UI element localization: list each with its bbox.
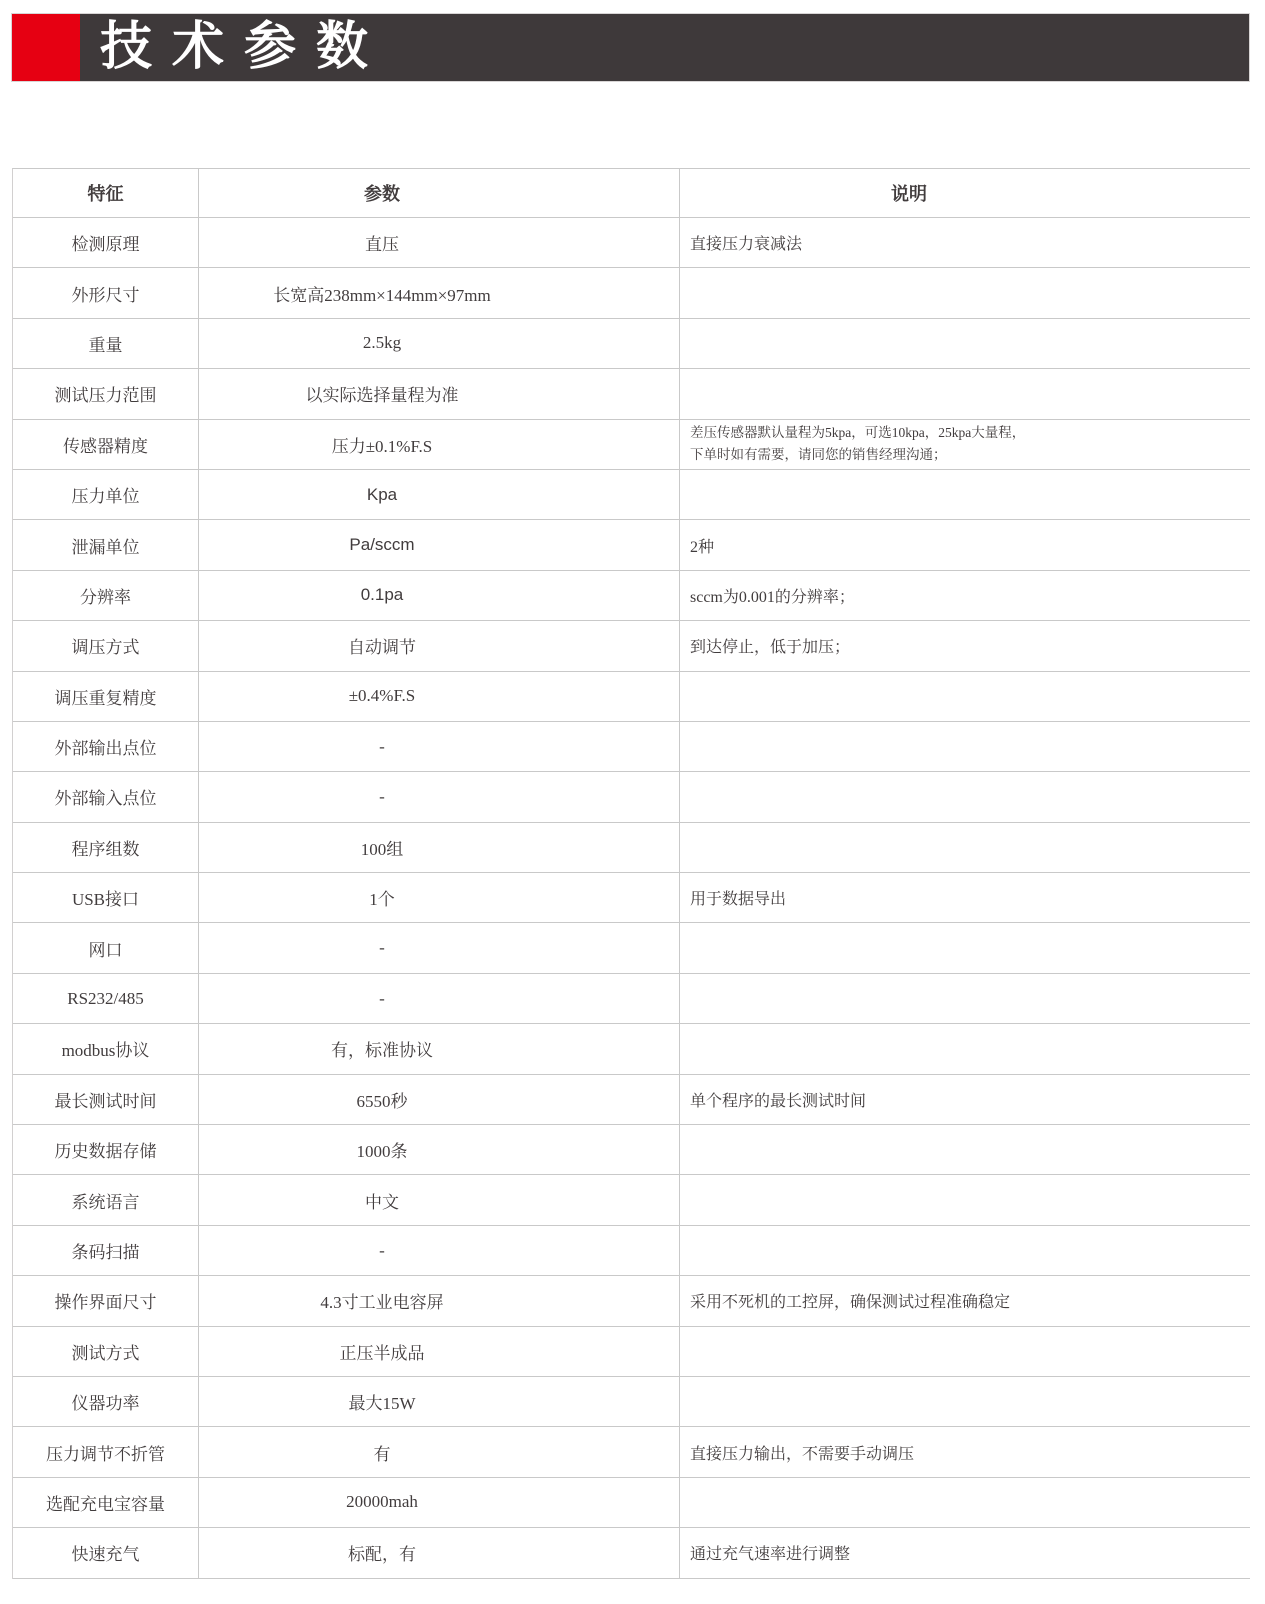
param-cell: 标配，有 xyxy=(198,1528,679,1577)
feature-cell: 泄漏单位 xyxy=(13,520,198,569)
table-row: 测试压力范围以实际选择量程为准 xyxy=(13,369,1250,419)
param-cell: 6550秒 xyxy=(198,1075,679,1124)
desc-cell: 采用不死机的工控屏，确保测试过程准确稳定 xyxy=(679,1276,1250,1325)
spec-table: 特征 参数 说明 检测原理直压直接压力衰减法外形尺寸长宽高238mm×144mm… xyxy=(12,168,1250,1579)
table-row: RS232/485- xyxy=(13,974,1250,1024)
param-cell: - xyxy=(198,772,679,821)
feature-cell: 外部输入点位 xyxy=(13,772,198,821)
table-row: 泄漏单位Pa/sccm2种 xyxy=(13,520,1250,570)
param-cell: ±0.4%F.S xyxy=(198,672,679,721)
desc-cell xyxy=(679,369,1250,418)
feature-cell: 重量 xyxy=(13,319,198,368)
red-accent-square xyxy=(12,14,80,81)
desc-cell xyxy=(679,1327,1250,1376)
title-bar: 技术参数 xyxy=(12,14,1249,81)
param-cell: 4.3寸工业电容屏 xyxy=(198,1276,679,1325)
desc-cell: 用于数据导出 xyxy=(679,873,1250,922)
table-row: 压力调节不折管有直接压力输出，不需要手动调压 xyxy=(13,1427,1250,1477)
column-header-feature: 特征 xyxy=(13,169,198,217)
table-row: 网口- xyxy=(13,923,1250,973)
param-cell: 有，标准协议 xyxy=(198,1024,679,1073)
desc-cell xyxy=(679,1226,1250,1275)
table-row: 外形尺寸长宽高238mm×144mm×97mm xyxy=(13,268,1250,318)
desc-cell xyxy=(679,470,1250,519)
feature-cell: RS232/485 xyxy=(13,974,198,1023)
table-row: 选配充电宝容量20000mah xyxy=(13,1478,1250,1528)
desc-cell xyxy=(679,1478,1250,1527)
table-row: modbus协议有，标准协议 xyxy=(13,1024,1250,1074)
param-cell: - xyxy=(198,722,679,771)
param-cell: 以实际选择量程为准 xyxy=(198,369,679,418)
table-row: 外部输出点位- xyxy=(13,722,1250,772)
desc-cell xyxy=(679,923,1250,972)
feature-cell: 测试方式 xyxy=(13,1327,198,1376)
column-header-param: 参数 xyxy=(198,169,679,217)
param-cell: 自动调节 xyxy=(198,621,679,670)
param-cell: - xyxy=(198,923,679,972)
desc-cell xyxy=(679,722,1250,771)
param-cell: 2.5kg xyxy=(198,319,679,368)
param-cell: 有 xyxy=(198,1427,679,1476)
feature-cell: 条码扫描 xyxy=(13,1226,198,1275)
table-row: 程序组数100组 xyxy=(13,823,1250,873)
table-row: 调压方式自动调节到达停止，低于加压； xyxy=(13,621,1250,671)
feature-cell: 选配充电宝容量 xyxy=(13,1478,198,1527)
param-cell: 最大15W xyxy=(198,1377,679,1426)
feature-cell: 分辨率 xyxy=(13,571,198,620)
param-cell: 压力±0.1%F.S xyxy=(198,420,679,469)
desc-cell: 到达停止，低于加压； xyxy=(679,621,1250,670)
param-cell: 20000mah xyxy=(198,1478,679,1527)
param-cell: 长宽高238mm×144mm×97mm xyxy=(198,268,679,317)
desc-cell xyxy=(679,319,1250,368)
desc-cell xyxy=(679,823,1250,872)
feature-cell: 调压重复精度 xyxy=(13,672,198,721)
table-row: 检测原理直压直接压力衰减法 xyxy=(13,218,1250,268)
feature-cell: 系统语言 xyxy=(13,1175,198,1224)
param-cell: 100组 xyxy=(198,823,679,872)
column-header-desc: 说明 xyxy=(679,169,1250,217)
desc-cell xyxy=(679,974,1250,1023)
desc-cell xyxy=(679,1125,1250,1174)
feature-cell: 传感器精度 xyxy=(13,420,198,469)
table-row: 重量2.5kg xyxy=(13,319,1250,369)
desc-cell xyxy=(679,1175,1250,1224)
param-cell: 0.1pa xyxy=(198,571,679,620)
table-row: 快速充气标配，有通过充气速率进行调整 xyxy=(13,1528,1250,1578)
param-cell: Pa/sccm xyxy=(198,520,679,569)
feature-cell: 网口 xyxy=(13,923,198,972)
desc-cell xyxy=(679,1024,1250,1073)
desc-cell: sccm为0.001的分辨率； xyxy=(679,571,1250,620)
feature-cell: 快速充气 xyxy=(13,1528,198,1577)
table-row: 压力单位Kpa xyxy=(13,470,1250,520)
table-row: 调压重复精度±0.4%F.S xyxy=(13,672,1250,722)
desc-cell xyxy=(679,1377,1250,1426)
param-cell: 1000条 xyxy=(198,1125,679,1174)
desc-cell xyxy=(679,672,1250,721)
desc-cell xyxy=(679,772,1250,821)
feature-cell: 外部输出点位 xyxy=(13,722,198,771)
feature-cell: 操作界面尺寸 xyxy=(13,1276,198,1325)
param-cell: 正压半成品 xyxy=(198,1327,679,1376)
feature-cell: 检测原理 xyxy=(13,218,198,267)
table-row: 测试方式正压半成品 xyxy=(13,1327,1250,1377)
feature-cell: 历史数据存储 xyxy=(13,1125,198,1174)
table-row: 最长测试时间6550秒单个程序的最长测试时间 xyxy=(13,1075,1250,1125)
feature-cell: 压力单位 xyxy=(13,470,198,519)
param-cell: 直压 xyxy=(198,218,679,267)
feature-cell: 压力调节不折管 xyxy=(13,1427,198,1476)
desc-cell: 直接压力输出，不需要手动调压 xyxy=(679,1427,1250,1476)
desc-cell: 通过充气速率进行调整 xyxy=(679,1528,1250,1577)
feature-cell: USB接口 xyxy=(13,873,198,922)
table-row: 仪器功率最大15W xyxy=(13,1377,1250,1427)
table-row: USB接口1个用于数据导出 xyxy=(13,873,1250,923)
feature-cell: 程序组数 xyxy=(13,823,198,872)
table-row: 条码扫描- xyxy=(13,1226,1250,1276)
table-row: 操作界面尺寸4.3寸工业电容屏采用不死机的工控屏，确保测试过程准确稳定 xyxy=(13,1276,1250,1326)
param-cell: - xyxy=(198,974,679,1023)
desc-cell: 直接压力衰减法 xyxy=(679,218,1250,267)
param-cell: 1个 xyxy=(198,873,679,922)
table-row: 系统语言中文 xyxy=(13,1175,1250,1225)
desc-cell xyxy=(679,268,1250,317)
desc-cell: 差压传感器默认量程为5kpa，可选10kpa，25kpa大量程， 下单时如有需要… xyxy=(679,420,1250,469)
table-row: 分辨率0.1pasccm为0.001的分辨率； xyxy=(13,571,1250,621)
table-row: 传感器精度压力±0.1%F.S差压传感器默认量程为5kpa，可选10kpa，25… xyxy=(13,420,1250,470)
desc-cell: 单个程序的最长测试时间 xyxy=(679,1075,1250,1124)
param-cell: 中文 xyxy=(198,1175,679,1224)
feature-cell: 最长测试时间 xyxy=(13,1075,198,1124)
table-row: 外部输入点位- xyxy=(13,772,1250,822)
param-cell: Kpa xyxy=(198,470,679,519)
param-cell: - xyxy=(198,1226,679,1275)
feature-cell: 外形尺寸 xyxy=(13,268,198,317)
desc-cell: 2种 xyxy=(679,520,1250,569)
feature-cell: modbus协议 xyxy=(13,1024,198,1073)
feature-cell: 仪器功率 xyxy=(13,1377,198,1426)
table-header-row: 特征 参数 说明 xyxy=(13,169,1250,218)
feature-cell: 测试压力范围 xyxy=(13,369,198,418)
feature-cell: 调压方式 xyxy=(13,621,198,670)
table-row: 历史数据存储1000条 xyxy=(13,1125,1250,1175)
